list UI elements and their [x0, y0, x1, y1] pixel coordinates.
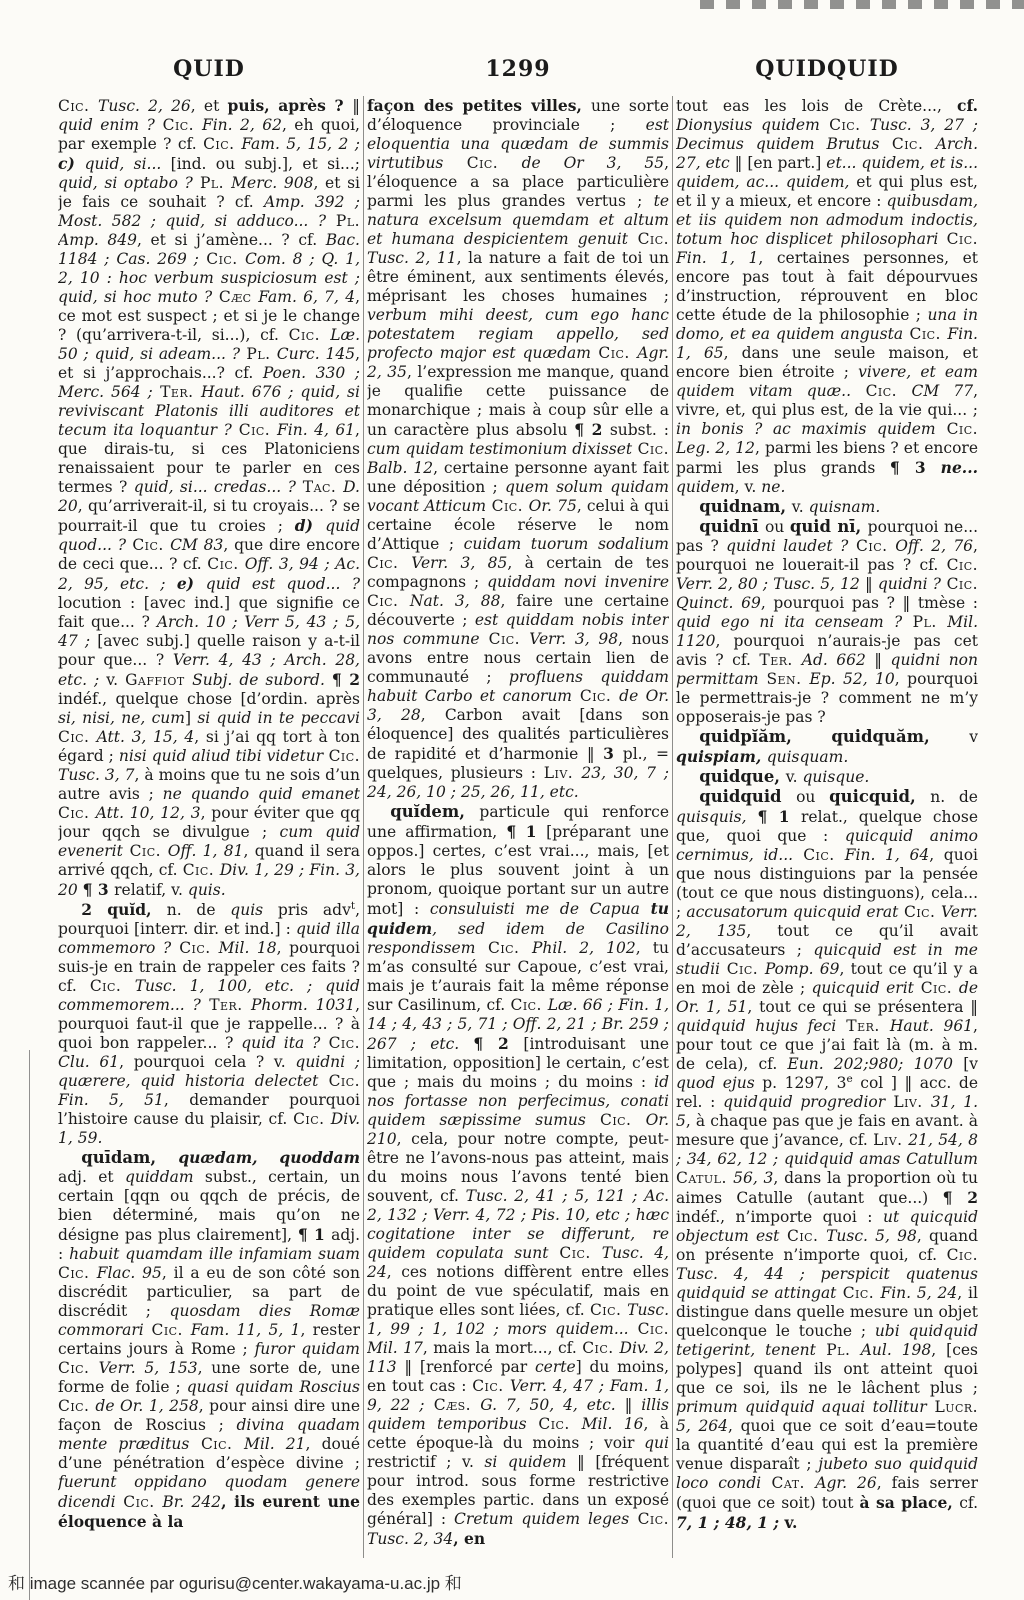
dictionary-page: QUID 1299 QUIDQUID Cic. Tusc. 2, 26, et … — [0, 0, 1024, 1600]
column-rule-2 — [672, 96, 673, 1558]
page-body: Cic. Tusc. 2, 26, et puis, après ? ‖ qui… — [58, 96, 984, 1558]
running-head-left: QUID — [58, 56, 360, 82]
entry-paragraph: quīdam, quædam, quoddam adj. et quiddam … — [58, 1148, 360, 1532]
page-number: 1299 — [367, 56, 669, 82]
entry-paragraph: Cic. Tusc. 2, 26, et puis, après ? ‖ qui… — [58, 96, 360, 900]
entry-paragraph: 2 quĭd, n. de quis pris advt, pourquoi [… — [58, 900, 360, 1148]
column-rule-1 — [363, 96, 364, 1558]
entry-paragraph: tout eas les lois de Crète..., cf. Diony… — [676, 96, 978, 497]
entry-paragraph: façon des petites villes, une sorte d’él… — [367, 96, 669, 802]
entry-paragraph: quidquid ou quicquid, n. de quisquis, ¶ … — [676, 787, 978, 1533]
running-head-right: QUIDQUID — [676, 56, 978, 82]
entry-paragraph: quidnī ou quid nī, pourquoi ne... pas ? … — [676, 517, 978, 727]
scan-artifact-top — [700, 0, 1024, 9]
running-header: QUID 1299 QUIDQUID — [58, 56, 984, 82]
scan-credit: 和 image scannée par ogurisu@center.wakay… — [8, 1569, 462, 1594]
scan-artifact-left-edge — [29, 1050, 30, 1600]
column-2: façon des petites villes, une sorte d’él… — [367, 96, 669, 1558]
entry-paragraph: quidque, v. quisque. — [676, 767, 978, 787]
column-1: Cic. Tusc. 2, 26, et puis, après ? ‖ qui… — [58, 96, 360, 1558]
entry-paragraph: quĭdem, particule qui renforce une affir… — [367, 802, 669, 1549]
column-3: tout eas les lois de Crète..., cf. Diony… — [676, 96, 978, 1558]
entry-paragraph: quidpĭăm, quidquăm, v quispiam, quisquam… — [676, 727, 978, 767]
entry-paragraph: quidnam, v. quisnam. — [676, 497, 978, 517]
